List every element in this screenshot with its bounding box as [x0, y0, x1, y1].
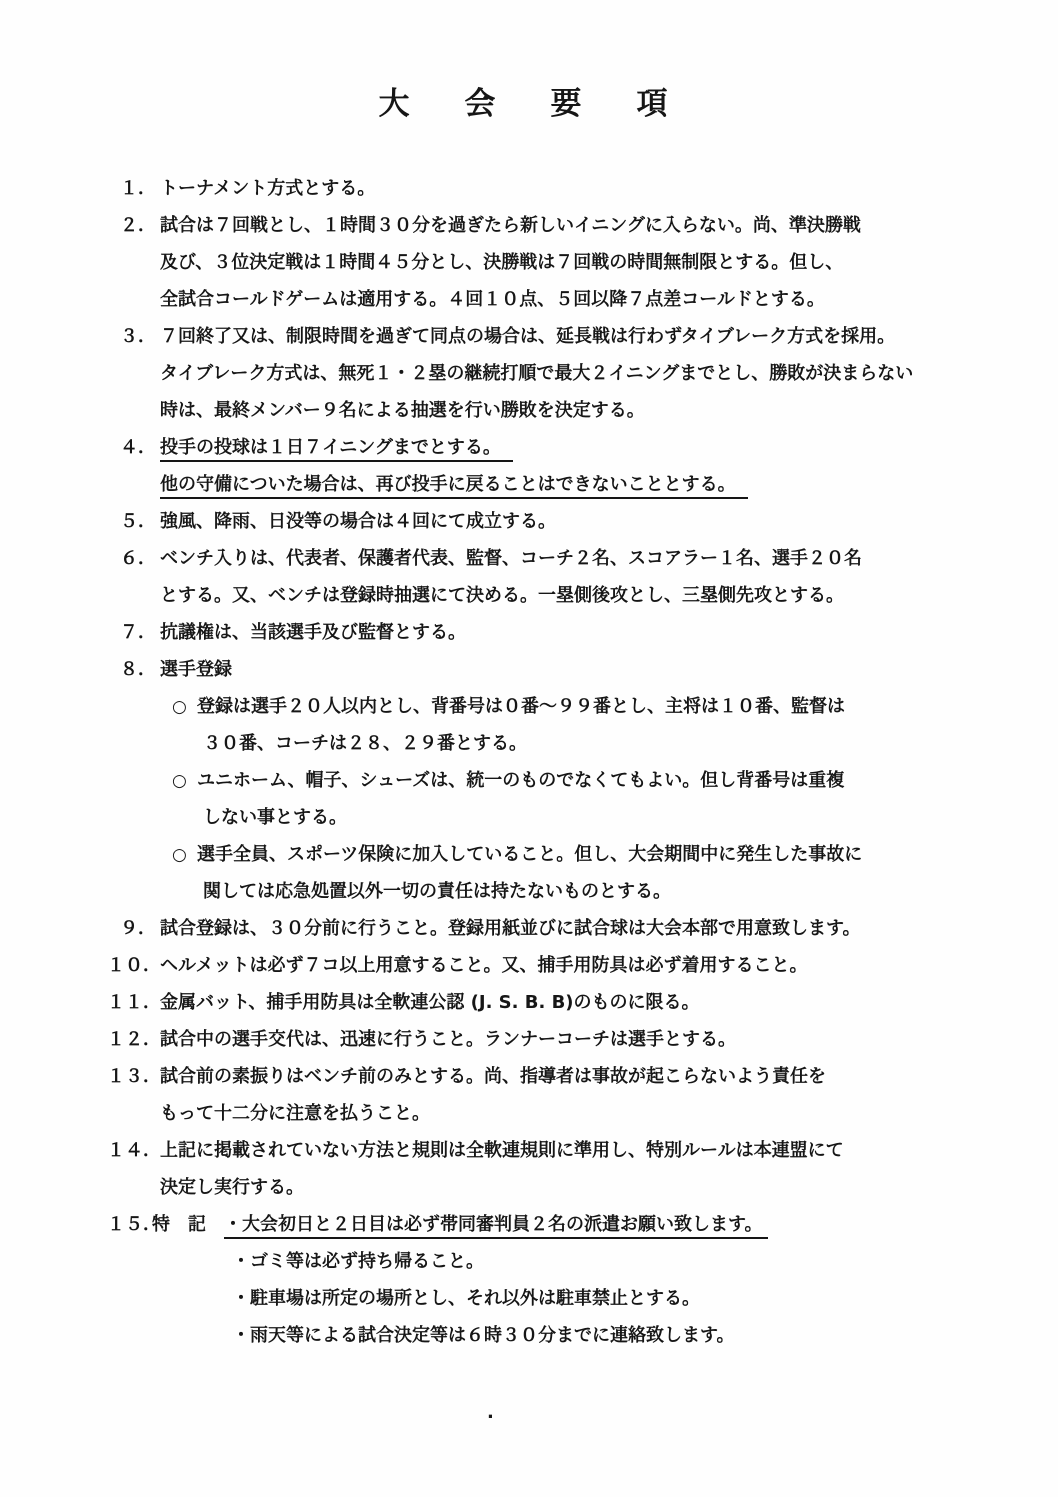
- item-text: 金属バット、捕手用防具は全軟連公認 (J. S. B. B)のものに限る。: [160, 992, 700, 1013]
- item-text: 選手登録: [160, 659, 232, 680]
- item-text: ・雨天等による試合決定等は６時３０分までに連絡致します。: [232, 1325, 735, 1346]
- item-text: 及び、３位決定戦は１時間４５分とし、決勝戦は７回戦の時間無制限とする。但し、: [160, 252, 843, 273]
- item-text-underlined: 投手の投球は１日７イニングまでとする。: [160, 437, 513, 462]
- item-text-underlined: 他の守備についた場合は、再び投手に戻ることはできないこととする。: [160, 474, 748, 499]
- item-text: 試合中の選手交代は、迅速に行うこと。ランナーコーチは選手とする。: [160, 1029, 736, 1050]
- item-number: １．: [120, 170, 160, 207]
- item-15-note-3: ・雨天等による試合決定等は６時３０分までに連絡致します。: [0, 1317, 1058, 1354]
- item-11: １１．金属バット、捕手用防具は全軟連公認 (J. S. B. B)のものに限る。: [0, 984, 1058, 1021]
- circle-bullet-icon: ○: [172, 689, 197, 726]
- item-8-bullet-1: ○登録は選手２０人以内とし、背番号は０番～９９番とし、主将は１０番、監督は: [0, 688, 1058, 725]
- item-text-underlined: ・大会初日と２日目は必ず帯同審判員２名の派遣お願い致します。: [224, 1214, 768, 1239]
- item-9: ９．試合登録は、３０分前に行うこと。登録用紙並びに試合球は大会本部で用意致します…: [0, 910, 1058, 947]
- item-14-line-2: 決定し実行する。: [0, 1169, 1058, 1206]
- item-text: ・ゴミ等は必ず持ち帰ること。: [232, 1251, 484, 1272]
- item-number: ２．: [120, 207, 160, 244]
- item-5: ５．強風、降雨、日没等の場合は４回にて成立する。: [0, 503, 1058, 540]
- item-15: １５．特 記・大会初日と２日目は必ず帯同審判員２名の派遣お願い致します。: [0, 1206, 1058, 1243]
- item-3-line-2: タイブレーク方式は、無死１・２塁の継続打順で最大２イニングまでとし、勝敗が決まら…: [0, 355, 1058, 392]
- item-8: ８．選手登録: [0, 651, 1058, 688]
- item-text: ・駐車場は所定の場所とし、それ以外は駐車禁止とする。: [232, 1288, 700, 1309]
- item-text: 全試合コールドゲームは適用する。４回１０点、５回以降７点差コールドとする。: [160, 289, 825, 310]
- item-1: １．トーナメント方式とする。: [0, 170, 1058, 207]
- item-6: ６．ベンチ入りは、代表者、保護者代表、監督、コーチ２名、スコアラー１名、選手２０…: [0, 540, 1058, 577]
- item-2-line-3: 全試合コールドゲームは適用する。４回１０点、５回以降７点差コールドとする。: [0, 281, 1058, 318]
- item-15-note-1: ・ゴミ等は必ず持ち帰ること。: [0, 1243, 1058, 1280]
- item-text: 試合は７回戦とし、１時間３０分を過ぎたら新しいイニングに入らない。尚、準決勝戦: [160, 215, 861, 236]
- item-text: 決定し実行する。: [160, 1177, 304, 1198]
- item-8-bullet-1-line-2: ３０番、コーチは２８、２９番とする。: [0, 725, 1058, 762]
- stray-dot: .: [487, 1402, 494, 1423]
- item-13-line-2: もって十二分に注意を払うこと。: [0, 1095, 1058, 1132]
- item-number: １１．: [107, 984, 160, 1021]
- item-text: ７回終了又は、制限時間を過ぎて同点の場合は、延長戦は行わずタイブレーク方式を採用…: [160, 326, 895, 347]
- item-text: とする。又、ベンチは登録時抽選にて決める。一塁側後攻とし、三塁側先攻とする。: [160, 585, 844, 606]
- item-text: 試合前の素振りはベンチ前のみとする。尚、指導者は事故が起こらないよう責任を: [160, 1066, 826, 1087]
- item-4: ４．投手の投球は１日７イニングまでとする。: [0, 429, 1058, 466]
- item-8-bullet-3: ○選手全員、スポーツ保険に加入していること。但し、大会期間中に発生した事故に: [0, 836, 1058, 873]
- item-number: ６．: [120, 540, 160, 577]
- item-text: ヘルメットは必ず７コ以上用意すること。又、捕手用防具は必ず着用すること。: [160, 955, 807, 976]
- item-text: ベンチ入りは、代表者、保護者代表、監督、コーチ２名、スコアラー１名、選手２０名: [160, 548, 862, 569]
- document-body: １．トーナメント方式とする。 ２．試合は７回戦とし、１時間３０分を過ぎたら新しい…: [0, 170, 1058, 1354]
- item-13: １３．試合前の素振りはベンチ前のみとする。尚、指導者は事故が起こらないよう責任を: [0, 1058, 1058, 1095]
- item-text: 試合登録は、３０分前に行うこと。登録用紙並びに試合球は大会本部で用意致します。: [160, 918, 861, 939]
- item-number: ９．: [120, 910, 160, 947]
- item-number: １５．: [107, 1206, 152, 1243]
- circle-bullet-icon: ○: [172, 837, 197, 874]
- item-text: 強風、降雨、日没等の場合は４回にて成立する。: [160, 511, 556, 532]
- item-text: タイブレーク方式は、無死１・２塁の継続打順で最大２イニングまでとし、勝敗が決まら…: [160, 363, 913, 384]
- item-number: ８．: [120, 651, 160, 688]
- item-3: ３．７回終了又は、制限時間を過ぎて同点の場合は、延長戦は行わずタイブレーク方式を…: [0, 318, 1058, 355]
- document-page: 大 会 要 項 １．トーナメント方式とする。 ２．試合は７回戦とし、１時間３０分…: [0, 0, 1058, 1497]
- item-14: １４．上記に掲載されていない方法と規則は全軟連規則に準用し、特別ルールは本連盟に…: [0, 1132, 1058, 1169]
- item-15-note-2: ・駐車場は所定の場所とし、それ以外は駐車禁止とする。: [0, 1280, 1058, 1317]
- item-number: １０．: [107, 947, 160, 984]
- item-text: 関しては応急処置以外一切の責任は持たないものとする。: [203, 881, 671, 902]
- item-8-bullet-2: ○ユニホーム、帽子、シューズは、統一のものでなくてもよい。但し背番号は重複: [0, 762, 1058, 799]
- item-15-label: 特 記: [152, 1206, 224, 1243]
- item-number: １４．: [107, 1132, 160, 1169]
- item-8-bullet-3-line-2: 関しては応急処置以外一切の責任は持たないものとする。: [0, 873, 1058, 910]
- item-number: ４．: [120, 429, 160, 466]
- item-text: 上記に掲載されていない方法と規則は全軟連規則に準用し、特別ルールは本連盟にて: [160, 1140, 844, 1161]
- item-text: もって十二分に注意を払うこと。: [160, 1103, 430, 1124]
- item-7: ７．抗議権は、当該選手及び監督とする。: [0, 614, 1058, 651]
- item-text: ３０番、コーチは２８、２９番とする。: [203, 733, 527, 754]
- item-text: 登録は選手２０人以内とし、背番号は０番～９９番とし、主将は１０番、監督は: [197, 696, 845, 717]
- item-6-line-2: とする。又、ベンチは登録時抽選にて決める。一塁側後攻とし、三塁側先攻とする。: [0, 577, 1058, 614]
- item-number: ３．: [120, 318, 160, 355]
- item-number: １２．: [107, 1021, 160, 1058]
- item-number: １３．: [107, 1058, 160, 1095]
- item-text: しない事とする。: [203, 807, 347, 828]
- item-text: 時は、最終メンバー９名による抽選を行い勝敗を決定する。: [160, 400, 645, 421]
- item-text: 選手全員、スポーツ保険に加入していること。但し、大会期間中に発生した事故に: [197, 844, 862, 865]
- item-4-line-2: 他の守備についた場合は、再び投手に戻ることはできないこととする。: [0, 466, 1058, 503]
- item-text: トーナメント方式とする。: [160, 178, 375, 199]
- item-number: ７．: [120, 614, 160, 651]
- item-8-bullet-2-line-2: しない事とする。: [0, 799, 1058, 836]
- item-10: １０．ヘルメットは必ず７コ以上用意すること。又、捕手用防具は必ず着用すること。: [0, 947, 1058, 984]
- item-2-line-2: 及び、３位決定戦は１時間４５分とし、決勝戦は７回戦の時間無制限とする。但し、: [0, 244, 1058, 281]
- item-text: ユニホーム、帽子、シューズは、統一のものでなくてもよい。但し背番号は重複: [197, 770, 844, 791]
- item-text: 抗議権は、当該選手及び監督とする。: [160, 622, 466, 643]
- item-3-line-3: 時は、最終メンバー９名による抽選を行い勝敗を決定する。: [0, 392, 1058, 429]
- page-title: 大 会 要 項: [0, 86, 1058, 123]
- item-number: ５．: [120, 503, 160, 540]
- item-12: １２．試合中の選手交代は、迅速に行うこと。ランナーコーチは選手とする。: [0, 1021, 1058, 1058]
- circle-bullet-icon: ○: [172, 763, 197, 800]
- item-2: ２．試合は７回戦とし、１時間３０分を過ぎたら新しいイニングに入らない。尚、準決勝…: [0, 207, 1058, 244]
